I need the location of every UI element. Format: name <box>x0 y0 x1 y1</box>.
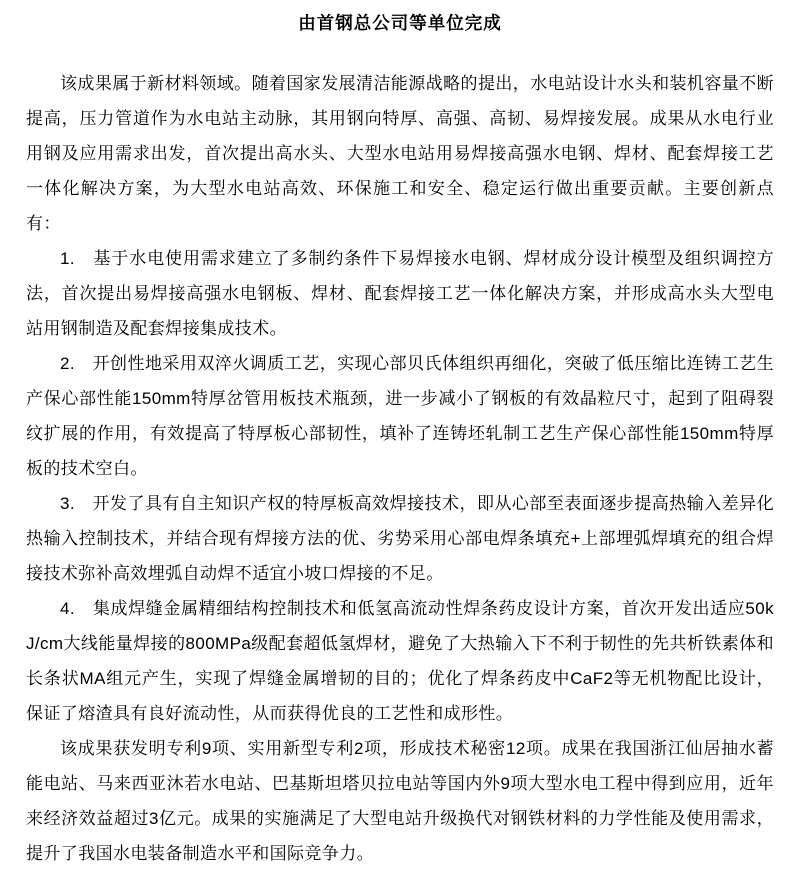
paragraph-innovation-point-4: 4. 集成焊缝金属精细结构控制技术和低氢高流动性焊条药皮设计方案，首次开发出适应… <box>26 591 774 731</box>
paragraph-innovation-point-3: 3. 开发了具有自主知识产权的特厚板高效焊接技术，即从心部至表面逐步提高热输入差… <box>26 486 774 591</box>
document-page: 由首钢总公司等单位完成 该成果属于新材料领域。随着国家发展清洁能源战略的提出，水… <box>0 0 800 895</box>
paragraph-intro: 该成果属于新材料领域。随着国家发展清洁能源战略的提出，水电站设计水头和装机容量不… <box>26 66 774 241</box>
paragraph-results-application: 该成果获发明专利9项、实用新型专利2项，形成技术秘密12项。成果在我国浙江仙居抽… <box>26 731 774 871</box>
paragraph-innovation-point-1: 1. 基于水电使用需求建立了多制约条件下易焊接水电钢、焊材成分设计模型及组织调控… <box>26 241 774 346</box>
page-title: 由首钢总公司等单位完成 <box>26 10 774 36</box>
paragraph-innovation-point-2: 2. 开创性地采用双淬火调质工艺，实现心部贝氏体组织再细化，突破了低压缩比连铸工… <box>26 346 774 486</box>
